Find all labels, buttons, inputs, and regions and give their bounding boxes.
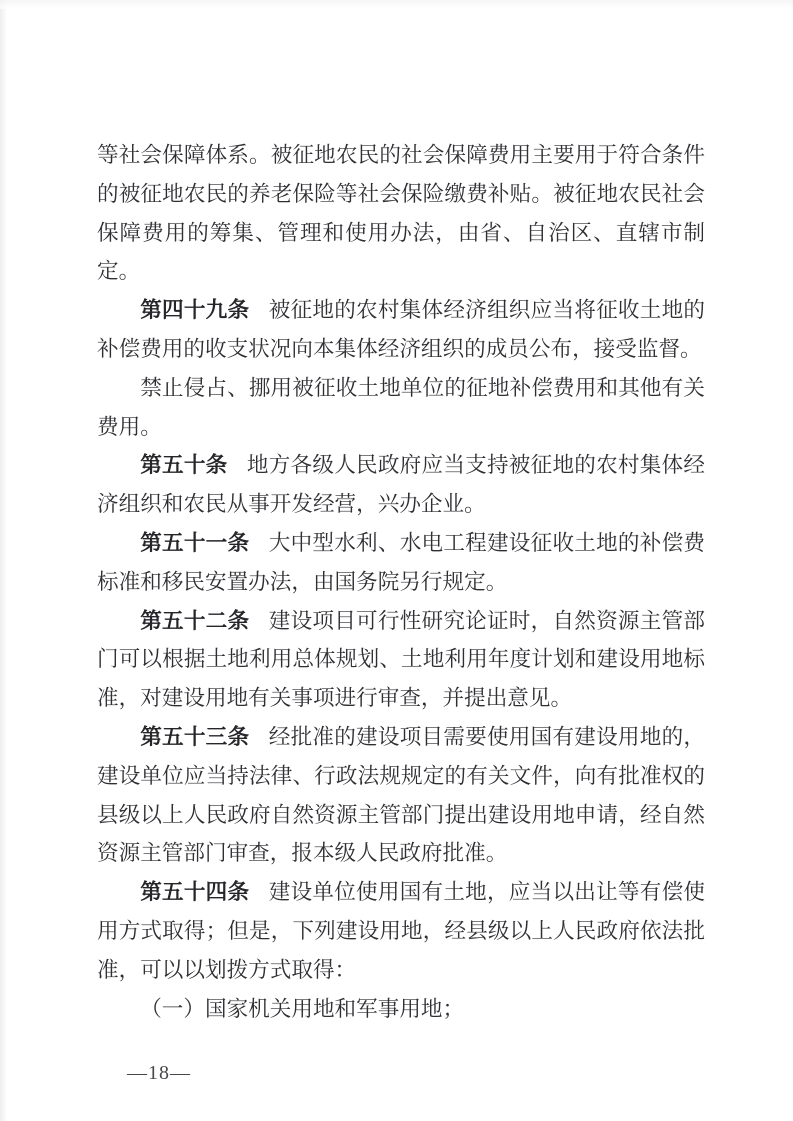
paragraph-text: （一）国家机关用地和军事用地； — [140, 997, 464, 1021]
paragraph: 第五十四条建设单位使用国有土地，应当以出让等有偿使用方式取得；但是，下列建设用地… — [97, 873, 705, 989]
article-number: 第五十四条 — [140, 879, 249, 904]
article-number: 第五十三条 — [140, 724, 249, 749]
paragraph: 等社会保障体系。被征地农民的社会保障费用主要用于符合条件的被征地农民的养老保险等… — [97, 136, 705, 291]
page-number: —18— — [127, 1062, 191, 1085]
article-number: 第五十一条 — [140, 530, 249, 555]
article-number: 第四十九条 — [140, 297, 249, 322]
paragraph: 禁止侵占、挪用被征收土地单位的征地补偿费用和其他有关费用。 — [97, 369, 705, 447]
paragraph: 第五十一条大中型水利、水电工程建设征收土地的补偿费标准和移民安置办法，由国务院另… — [97, 524, 705, 602]
paragraph: 第五十二条建设项目可行性研究论证时，自然资源主管部门可以根据土地利用总体规划、土… — [97, 602, 705, 718]
article-number: 第五十条 — [140, 452, 227, 477]
paragraph-text: 等社会保障体系。被征地农民的社会保障费用主要用于符合条件的被征地农民的养老保险等… — [97, 143, 705, 283]
article-number: 第五十二条 — [140, 608, 249, 633]
paragraph: 第五十三条经批准的建设项目需要使用国有建设用地的，建设单位应当持法律、行政法规规… — [97, 718, 705, 873]
paragraph: 第四十九条被征地的农村集体经济组织应当将征收土地的补偿费用的收支状况向本集体经济… — [97, 291, 705, 369]
paragraph-text: 禁止侵占、挪用被征收土地单位的征地补偿费用和其他有关费用。 — [97, 376, 705, 439]
paragraph: （一）国家机关用地和军事用地； — [97, 990, 705, 1029]
document-body: 等社会保障体系。被征地农民的社会保障费用主要用于符合条件的被征地农民的养老保险等… — [97, 136, 705, 1028]
paragraph: 第五十条地方各级人民政府应当支持被征地的农村集体经济组织和农民从事开发经营，兴办… — [97, 446, 705, 524]
document-page: 等社会保障体系。被征地农民的社会保障费用主要用于符合条件的被征地农民的养老保险等… — [0, 0, 793, 1121]
